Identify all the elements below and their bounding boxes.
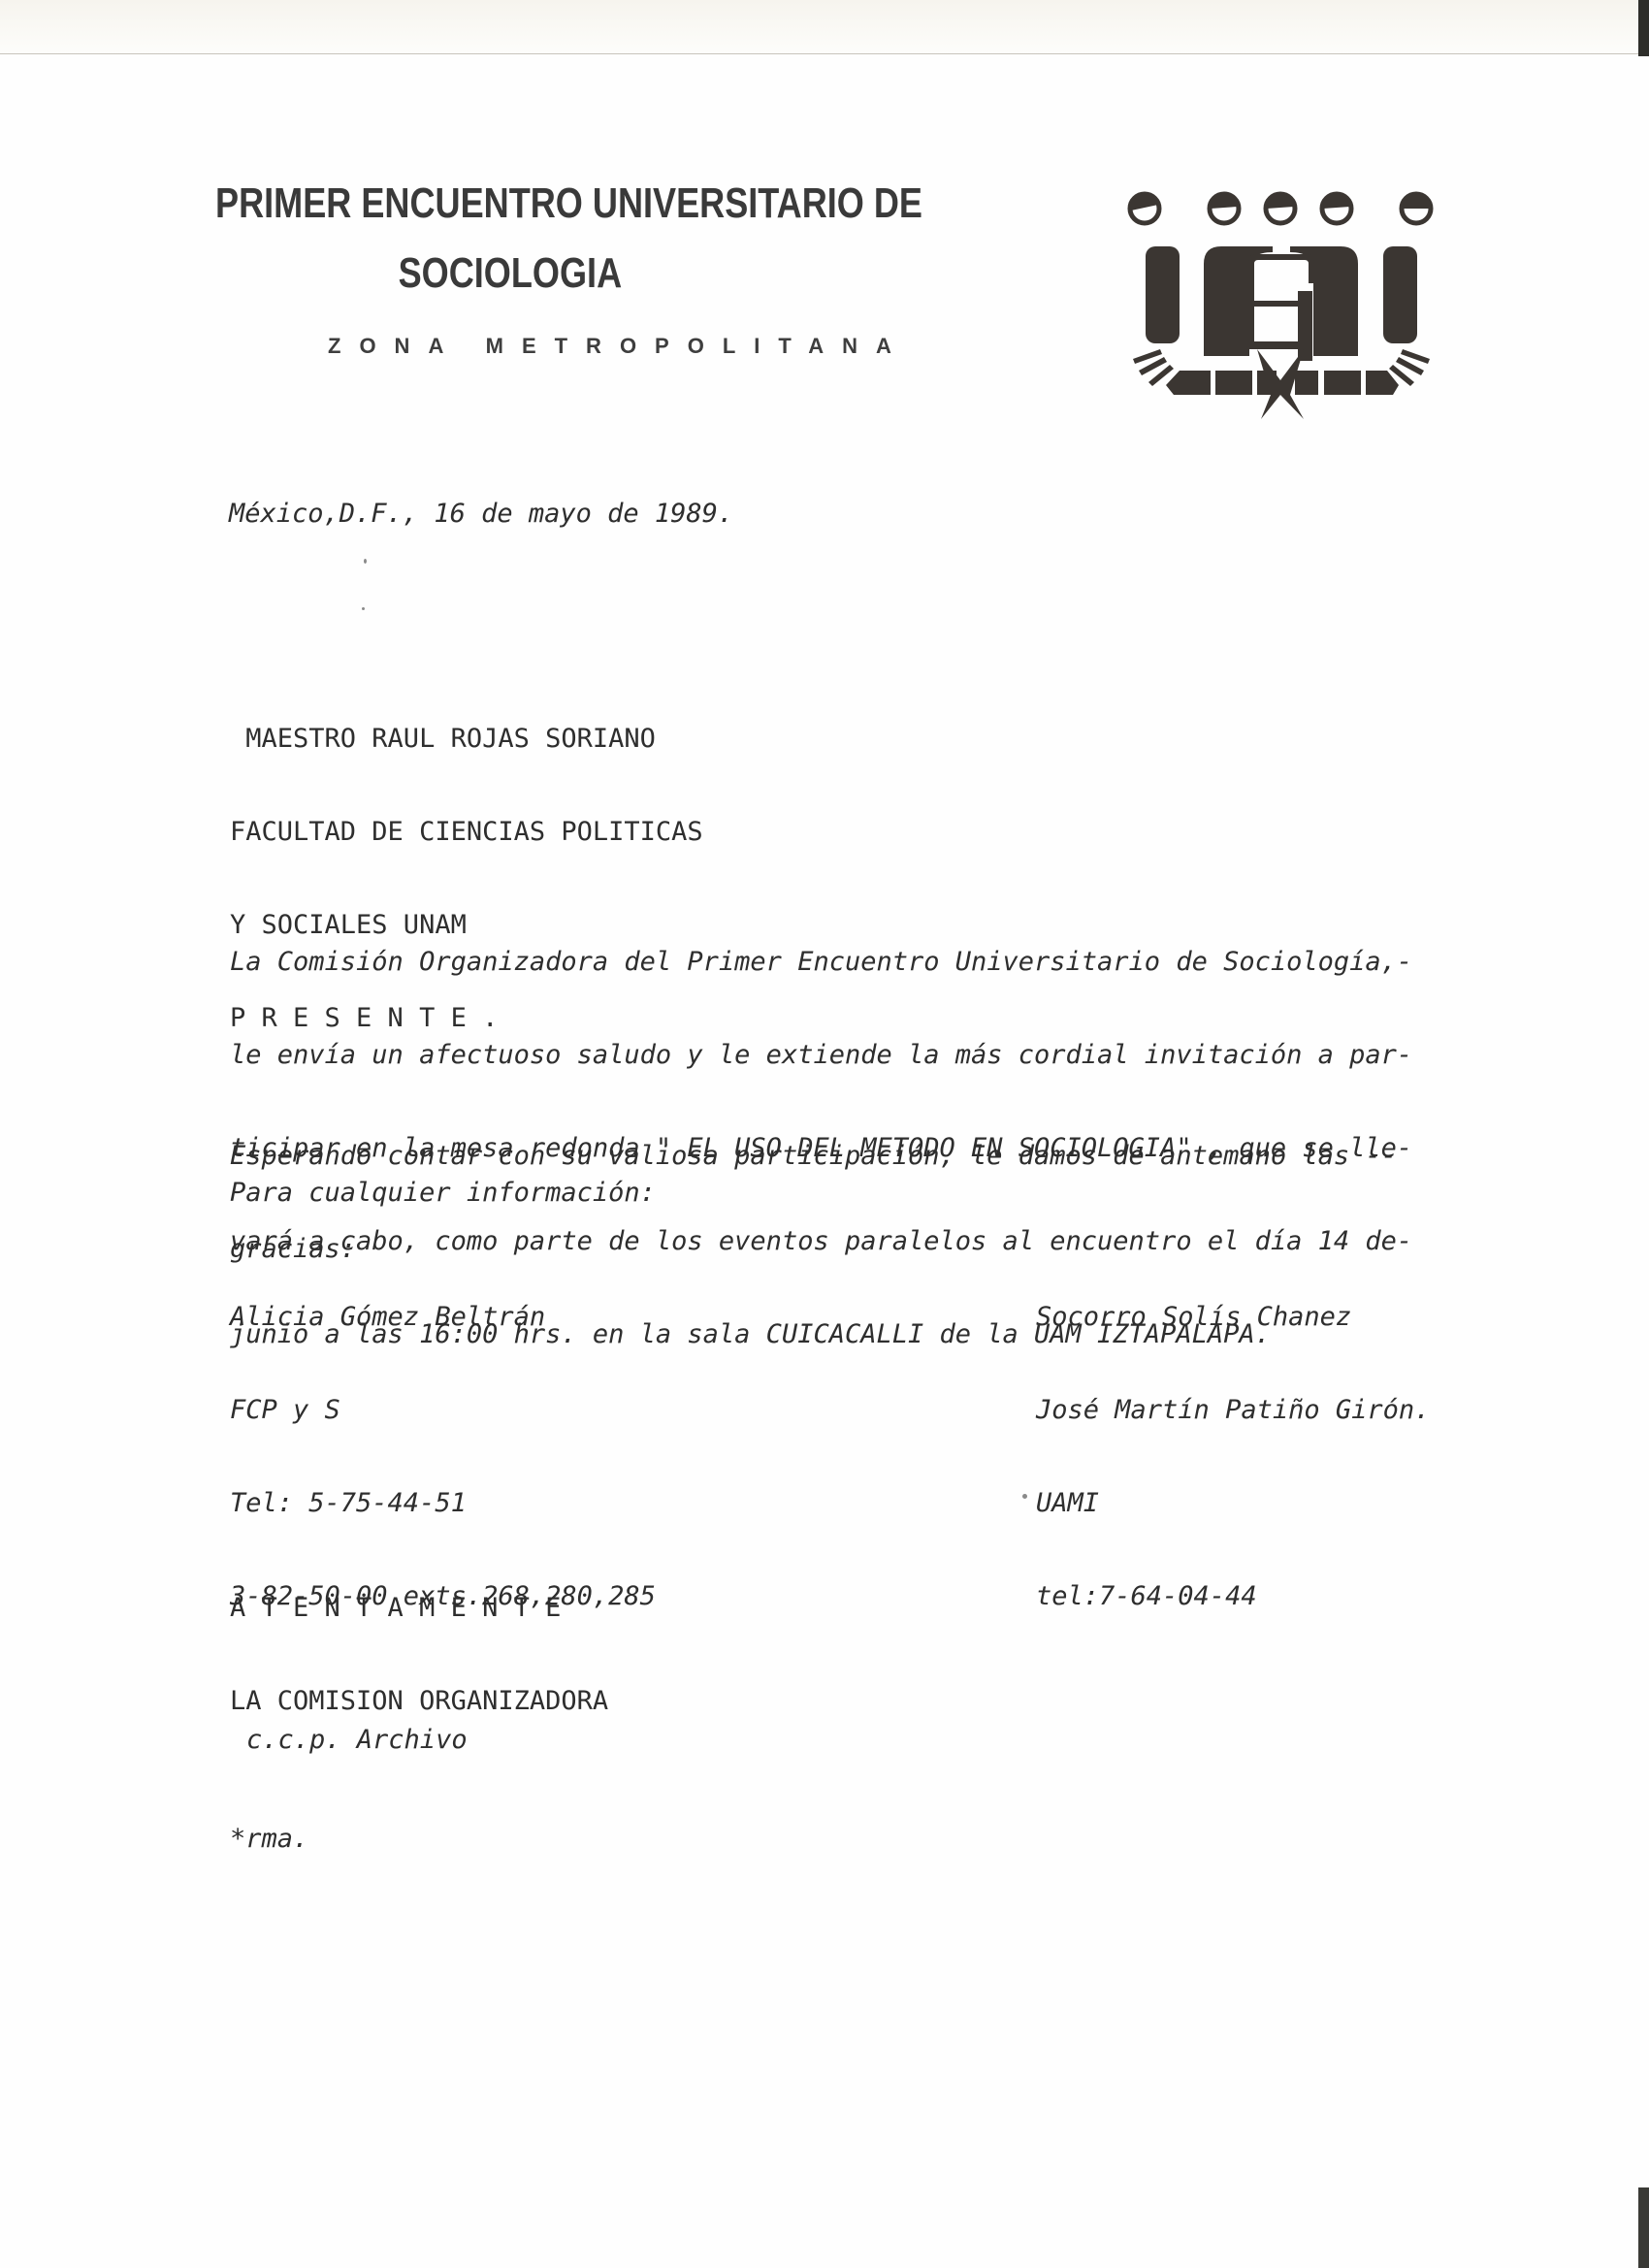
letterhead-subtitle: ZONA METROPOLITANA bbox=[328, 334, 910, 359]
contact-right-block: Socorro Solís Chanez José Martín Patiño … bbox=[1036, 1240, 1430, 1674]
info-label: Para cualquier información: bbox=[230, 1178, 656, 1209]
contact-left-affiliation: FCP y S bbox=[230, 1395, 656, 1426]
scan-speck bbox=[364, 559, 367, 564]
body-line: La Comisión Organizadora del Primer Encu… bbox=[230, 947, 1412, 978]
closing-line: Esperando contar con su valiosa particip… bbox=[230, 1141, 1397, 1172]
letterhead-title-line2: SOCIOLOGIA bbox=[399, 249, 876, 298]
recipient-faculty: FACULTAD DE CIENCIAS POLITICAS bbox=[230, 817, 703, 848]
contact-right-name-2: José Martín Patiño Girón. bbox=[1036, 1395, 1430, 1426]
body-line: le envía un afectuoso saludo y le extien… bbox=[230, 1040, 1412, 1071]
contact-right-affiliation: UAMI bbox=[1036, 1488, 1430, 1519]
signature-committee: LA COMISION ORGANIZADORA bbox=[230, 1686, 608, 1717]
scan-speck bbox=[1022, 1494, 1027, 1499]
scanner-right-edge-bottom bbox=[1638, 2187, 1649, 2268]
scanner-right-edge-top bbox=[1638, 0, 1649, 56]
ccp-line: c.c.p. Archivo bbox=[246, 1725, 468, 1756]
scanner-top-strip bbox=[0, 0, 1639, 54]
letter-date: México,D.F., 16 de mayo de 1989. bbox=[229, 499, 733, 530]
contact-right-name-1: Socorro Solís Chanez bbox=[1036, 1302, 1430, 1333]
contact-left-name: Alicia Gómez Beltrán bbox=[230, 1302, 656, 1333]
scanner-top-edge bbox=[0, 53, 1639, 54]
signature-salutation: A T E N T A M E N T E bbox=[230, 1593, 608, 1624]
scanned-letter-page: PRIMER ENCUENTRO UNIVERSITARIO DE SOCIOL… bbox=[0, 0, 1649, 2268]
contact-left-phone: Tel: 5-75-44-51 bbox=[230, 1488, 656, 1519]
letterhead-title-line1: PRIMER ENCUENTRO UNIVERSITARIO DE bbox=[215, 179, 1011, 228]
scan-speck bbox=[362, 607, 365, 610]
sociology-meeting-logo-icon bbox=[1125, 186, 1438, 419]
recipient-name: MAESTRO RAUL ROJAS SORIANO bbox=[230, 724, 703, 755]
contact-right-phone: tel:7-64-04-44 bbox=[1036, 1581, 1430, 1612]
typist-initials: *rma. bbox=[230, 1824, 308, 1855]
